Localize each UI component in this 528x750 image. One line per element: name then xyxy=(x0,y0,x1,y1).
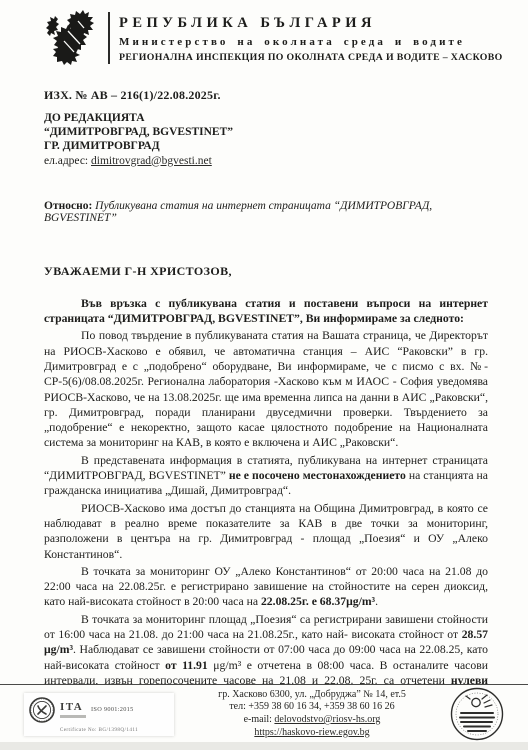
footer-email-label: e-mail: xyxy=(244,714,275,725)
paragraph-segment: . xyxy=(375,595,378,608)
iso-org-name: ITA xyxy=(60,701,86,713)
letterhead-text: РЕПУБЛИКА БЪЛГАРИЯ Министерство на околн… xyxy=(119,13,503,63)
body-paragraph: В представената информация в статията, п… xyxy=(44,453,488,499)
salutation: УВАЖАЕМИ Г-Н ХРИСТОЗОВ, xyxy=(44,264,528,279)
paragraph-segment: По повод твърдение в публикуваната стати… xyxy=(44,329,488,449)
recipient-city: ГР. ДИМИТРОВГРАД xyxy=(44,139,528,153)
iso-org-subtext xyxy=(60,715,86,718)
paragraph-segment: 22.08.25г. е 68.37μg/m³ xyxy=(261,595,375,608)
footer-address: гр. Хасково 6300, ул. „Добруджа” № 14, е… xyxy=(182,689,442,702)
iso-standard: ISO 9001:2015 xyxy=(91,706,134,713)
page-footer: ITA ISO 9001:2015 Certificate No: BG/139… xyxy=(0,684,528,742)
ministry-title: Министерство на околната среда и водите xyxy=(119,36,503,48)
subject-label: Относно: xyxy=(44,200,92,212)
body-paragraph: По повод твърдение в публикуваната стати… xyxy=(44,328,488,450)
recipient-block: ДО РЕДАКЦИЯТА “ДИМИТРОВГРАД, BGVESTINET”… xyxy=(44,111,528,168)
contact-info: гр. Хасково 6300, ул. „Добруджа” № 14, е… xyxy=(182,689,442,739)
paragraph-segment: не е посочено местонахождението xyxy=(229,469,406,482)
letterhead: РЕПУБЛИКА БЪЛГАРИЯ Министерство на околн… xyxy=(0,0,528,67)
coat-of-arms-lion-icon xyxy=(44,9,104,67)
subject-line: Относно: Публикувана статия на интернет … xyxy=(44,200,484,224)
footer-website-line: https://haskovo-riew.egov.bg xyxy=(182,727,442,740)
recipient-email-label: ел.адрес: xyxy=(44,155,91,167)
paragraph-segment: от 11.91 xyxy=(165,659,208,672)
page-edge xyxy=(0,742,528,750)
body-paragraph: Във връзка с публикувана статия и постав… xyxy=(44,296,488,327)
paragraph-segment: В точката за мониторинг площад „Поезия“ … xyxy=(44,613,488,641)
iso-seal-icon xyxy=(29,697,55,723)
recipient-to: ДО РЕДАКЦИЯТА xyxy=(44,111,528,125)
paragraph-segment: РИОСВ-Хасково има достъп до станцията на… xyxy=(44,502,488,561)
iso-certification-badge: ITA ISO 9001:2015 Certificate No: BG/139… xyxy=(24,693,174,736)
subject-text: Публикувана статия на интернет страницат… xyxy=(44,200,432,224)
paragraph-segment: Във връзка с публикувана статия и постав… xyxy=(44,297,488,325)
footer-email-line: e-mail: delovodstvo@riosv-hs.org xyxy=(182,714,442,727)
recipient-email-link[interactable]: dimitrovgrad@bgvesti.net xyxy=(91,155,212,167)
body-paragraph: В точката за мониторинг ОУ „Алеко Конста… xyxy=(44,564,488,610)
republic-title: РЕПУБЛИКА БЪЛГАРИЯ xyxy=(119,15,503,32)
inspection-title: РЕГИОНАЛНА ИНСПЕКЦИЯ ПО ОКОЛНАТА СРЕДА И… xyxy=(119,52,503,63)
iso-badge-row: ITA ISO 9001:2015 xyxy=(29,697,169,723)
footer-phone: тел: +359 38 60 16 34, +359 38 60 16 26 xyxy=(182,701,442,714)
footer-website-link[interactable]: https://haskovo-riew.egov.bg xyxy=(254,727,369,738)
letter-page: РЕПУБЛИКА БЪЛГАРИЯ Министерство на околн… xyxy=(0,0,528,750)
recipient-name: “ДИМИТРОВГРАД, BGVESTINET” xyxy=(44,125,528,139)
ministry-emblem-icon xyxy=(450,687,504,741)
iso-certificate-number: Certificate No: BG/1398Q/1411 xyxy=(29,727,169,733)
letterhead-divider xyxy=(108,12,110,64)
body-paragraph: РИОСВ-Хасково има достъп до станцията на… xyxy=(44,501,488,562)
iso-org: ITA xyxy=(60,701,86,718)
recipient-email-line: ел.адрес: dimitrovgrad@bgvesti.net xyxy=(44,154,528,168)
letter-body: Във връзка с публикувана статия и постав… xyxy=(44,296,488,736)
outgoing-ref-number: ИЗХ. № АВ – 216(1)/22.08.2025г. xyxy=(44,88,528,103)
footer-email-link[interactable]: delovodstvo@riosv-hs.org xyxy=(274,714,380,725)
